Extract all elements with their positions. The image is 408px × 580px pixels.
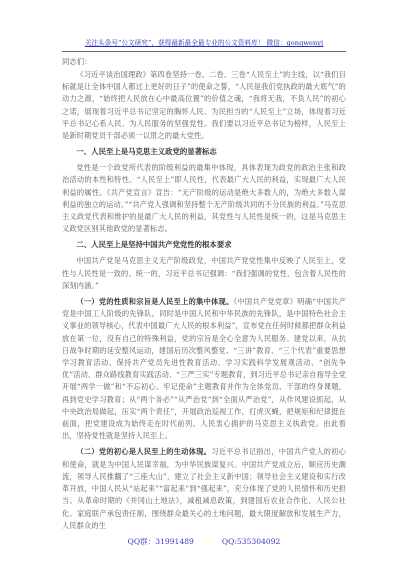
greeting: 同志们： [62,56,346,67]
section-2-paragraph-3: （二）党的初心是人民至上的生动体现。习近平总书记指出，中国共产党人的初心和使命，… [62,446,346,531]
paragraph-text: 党性是一个政党所代表的阶级利益的最集中体现，具体表现为政党的政治主张和政治活动的… [62,163,346,233]
page-header: 关注头条号“公文研究”，获得最新最全最专业的公文资料库！ 微信：gongweny… [62,30,346,52]
paragraph-text: 中国共产党是马克思主义无产阶级政党，中国共产党党性集中反映了人民至上，党性与人民… [62,256,346,289]
qq-group-contact: QQ群：31991489 [128,537,194,546]
page-footer: QQ群：31991489QQ:535304092 [0,536,408,547]
section-1-paragraph-1: 党性是一个政党所代表的阶级利益的最集中体现，具体表现为政党的政治主张和政治活动的… [62,162,346,235]
subsection-lead-1: （一）党的性质和宗旨是人民至上的集中体现。 [76,297,233,306]
promo-link[interactable]: 关注头条号“公文研究”，获得最新最全最专业的公文资料库！ 微信：gongweny… [85,39,323,47]
subsection-lead-2: （二）党的初心是人民至上的生动体现。 [76,447,211,456]
intro-paragraph: 《习近平谈治国理政》第四卷坚持一卷、二卷、三卷“人民至上”的主线，以“我们目标就… [62,69,346,142]
section-2-paragraph-1: 中国共产党是马克思主义无产阶级政党，中国共产党党性集中反映了人民至上，党性与人民… [62,255,346,292]
section-heading-1: 一、人民至上是马克思主义政党的显著标志 [62,146,346,158]
section-2-paragraph-2: （一）党的性质和宗旨是人民至上的集中体现。《中国共产党党章》明确“中国共产党是中… [62,296,346,442]
section-heading-2: 二、人民至上是坚持中国共产党党性的根本要求 [62,239,346,251]
paragraph-text: 习近平总书记指出，中国共产党人的初心和使命，就是为中国人民谋幸福，为中华民族谋复… [62,447,346,529]
paragraph-text: 《中国共产党党章》明确“中国共产党是中国工人阶级的先锋队，同时是中国人民和中华民… [62,297,346,440]
document-body: 同志们： 《习近平谈治国理政》第四卷坚持一卷、二卷、三卷“人民至上”的主线，以“… [62,56,346,532]
qq-contact: QQ:535304092 [222,537,281,546]
